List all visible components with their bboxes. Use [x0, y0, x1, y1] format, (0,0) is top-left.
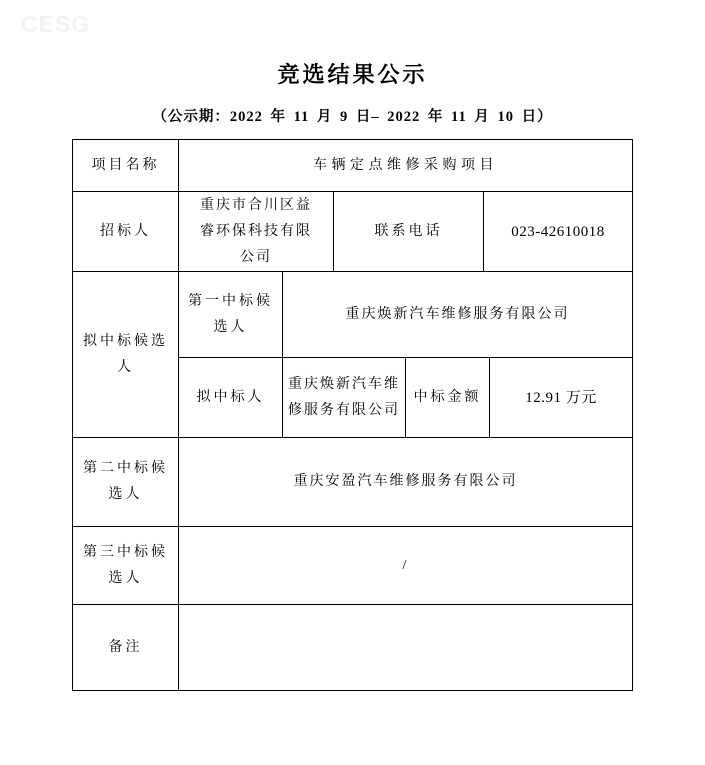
contact-phone-label: 联系电话 [333, 192, 483, 271]
second-candidate-value: 重庆安盈汽车维修服务有限公司 [178, 438, 632, 526]
project-name-label: 项目名称 [73, 140, 178, 191]
remarks-value [178, 605, 632, 690]
table-row: 第二中标候选人 重庆安盈汽车维修服务有限公司 [73, 438, 632, 527]
first-candidate-label: 第一中标候选人 [179, 272, 282, 357]
proposed-winner-value: 重庆焕新汽车维修服务有限公司 [282, 358, 405, 437]
result-table: 项目名称 车辆定点维修采购项目 招标人 重庆市合川区益睿环保科技有限公司 联系电… [72, 139, 633, 691]
table-row: 项目名称 车辆定点维修采购项目 [73, 140, 632, 192]
third-candidate-value: / [178, 527, 632, 604]
proposed-winner-label: 拟中标人 [179, 358, 282, 437]
contact-phone-value: 023-42610018 [483, 192, 632, 271]
project-name-value: 车辆定点维修采购项目 [178, 140, 632, 191]
first-candidate-value: 重庆焕新汽车维修服务有限公司 [282, 272, 632, 357]
table-row: 第三中标候选人 / [73, 527, 632, 605]
award-amount-value: 12.91 万元 [489, 358, 632, 437]
remarks-label: 备注 [73, 605, 178, 690]
candidates-subtable: 第一中标候选人 重庆焕新汽车维修服务有限公司 拟中标人 重庆焕新汽车维修服务有限… [178, 272, 632, 437]
tenderer-value: 重庆市合川区益睿环保科技有限公司 [178, 192, 333, 271]
cesg-watermark: CESG [21, 11, 90, 38]
publicity-period-text: （公示期：2022 年 11 月 9 日– 2022 年 11 月 10 日） [0, 105, 705, 126]
table-subrow: 第一中标候选人 重庆焕新汽车维修服务有限公司 [179, 272, 632, 358]
tenderer-label: 招标人 [73, 192, 178, 271]
third-candidate-label: 第三中标候选人 [73, 527, 178, 604]
candidates-label: 拟中标候选人 [73, 272, 178, 437]
table-subrow: 拟中标人 重庆焕新汽车维修服务有限公司 中标金额 12.91 万元 [179, 358, 632, 437]
second-candidate-label: 第二中标候选人 [73, 438, 178, 526]
table-row: 拟中标候选人 第一中标候选人 重庆焕新汽车维修服务有限公司 拟中标人 重庆焕新汽… [73, 272, 632, 438]
announcement-page: { "watermark": { "text": "CESG", "color"… [0, 0, 705, 765]
table-row: 备注 [73, 605, 632, 690]
page-title: 竞选结果公示 [0, 58, 705, 89]
table-row: 招标人 重庆市合川区益睿环保科技有限公司 联系电话 023-42610018 [73, 192, 632, 272]
award-amount-label: 中标金额 [405, 358, 489, 437]
